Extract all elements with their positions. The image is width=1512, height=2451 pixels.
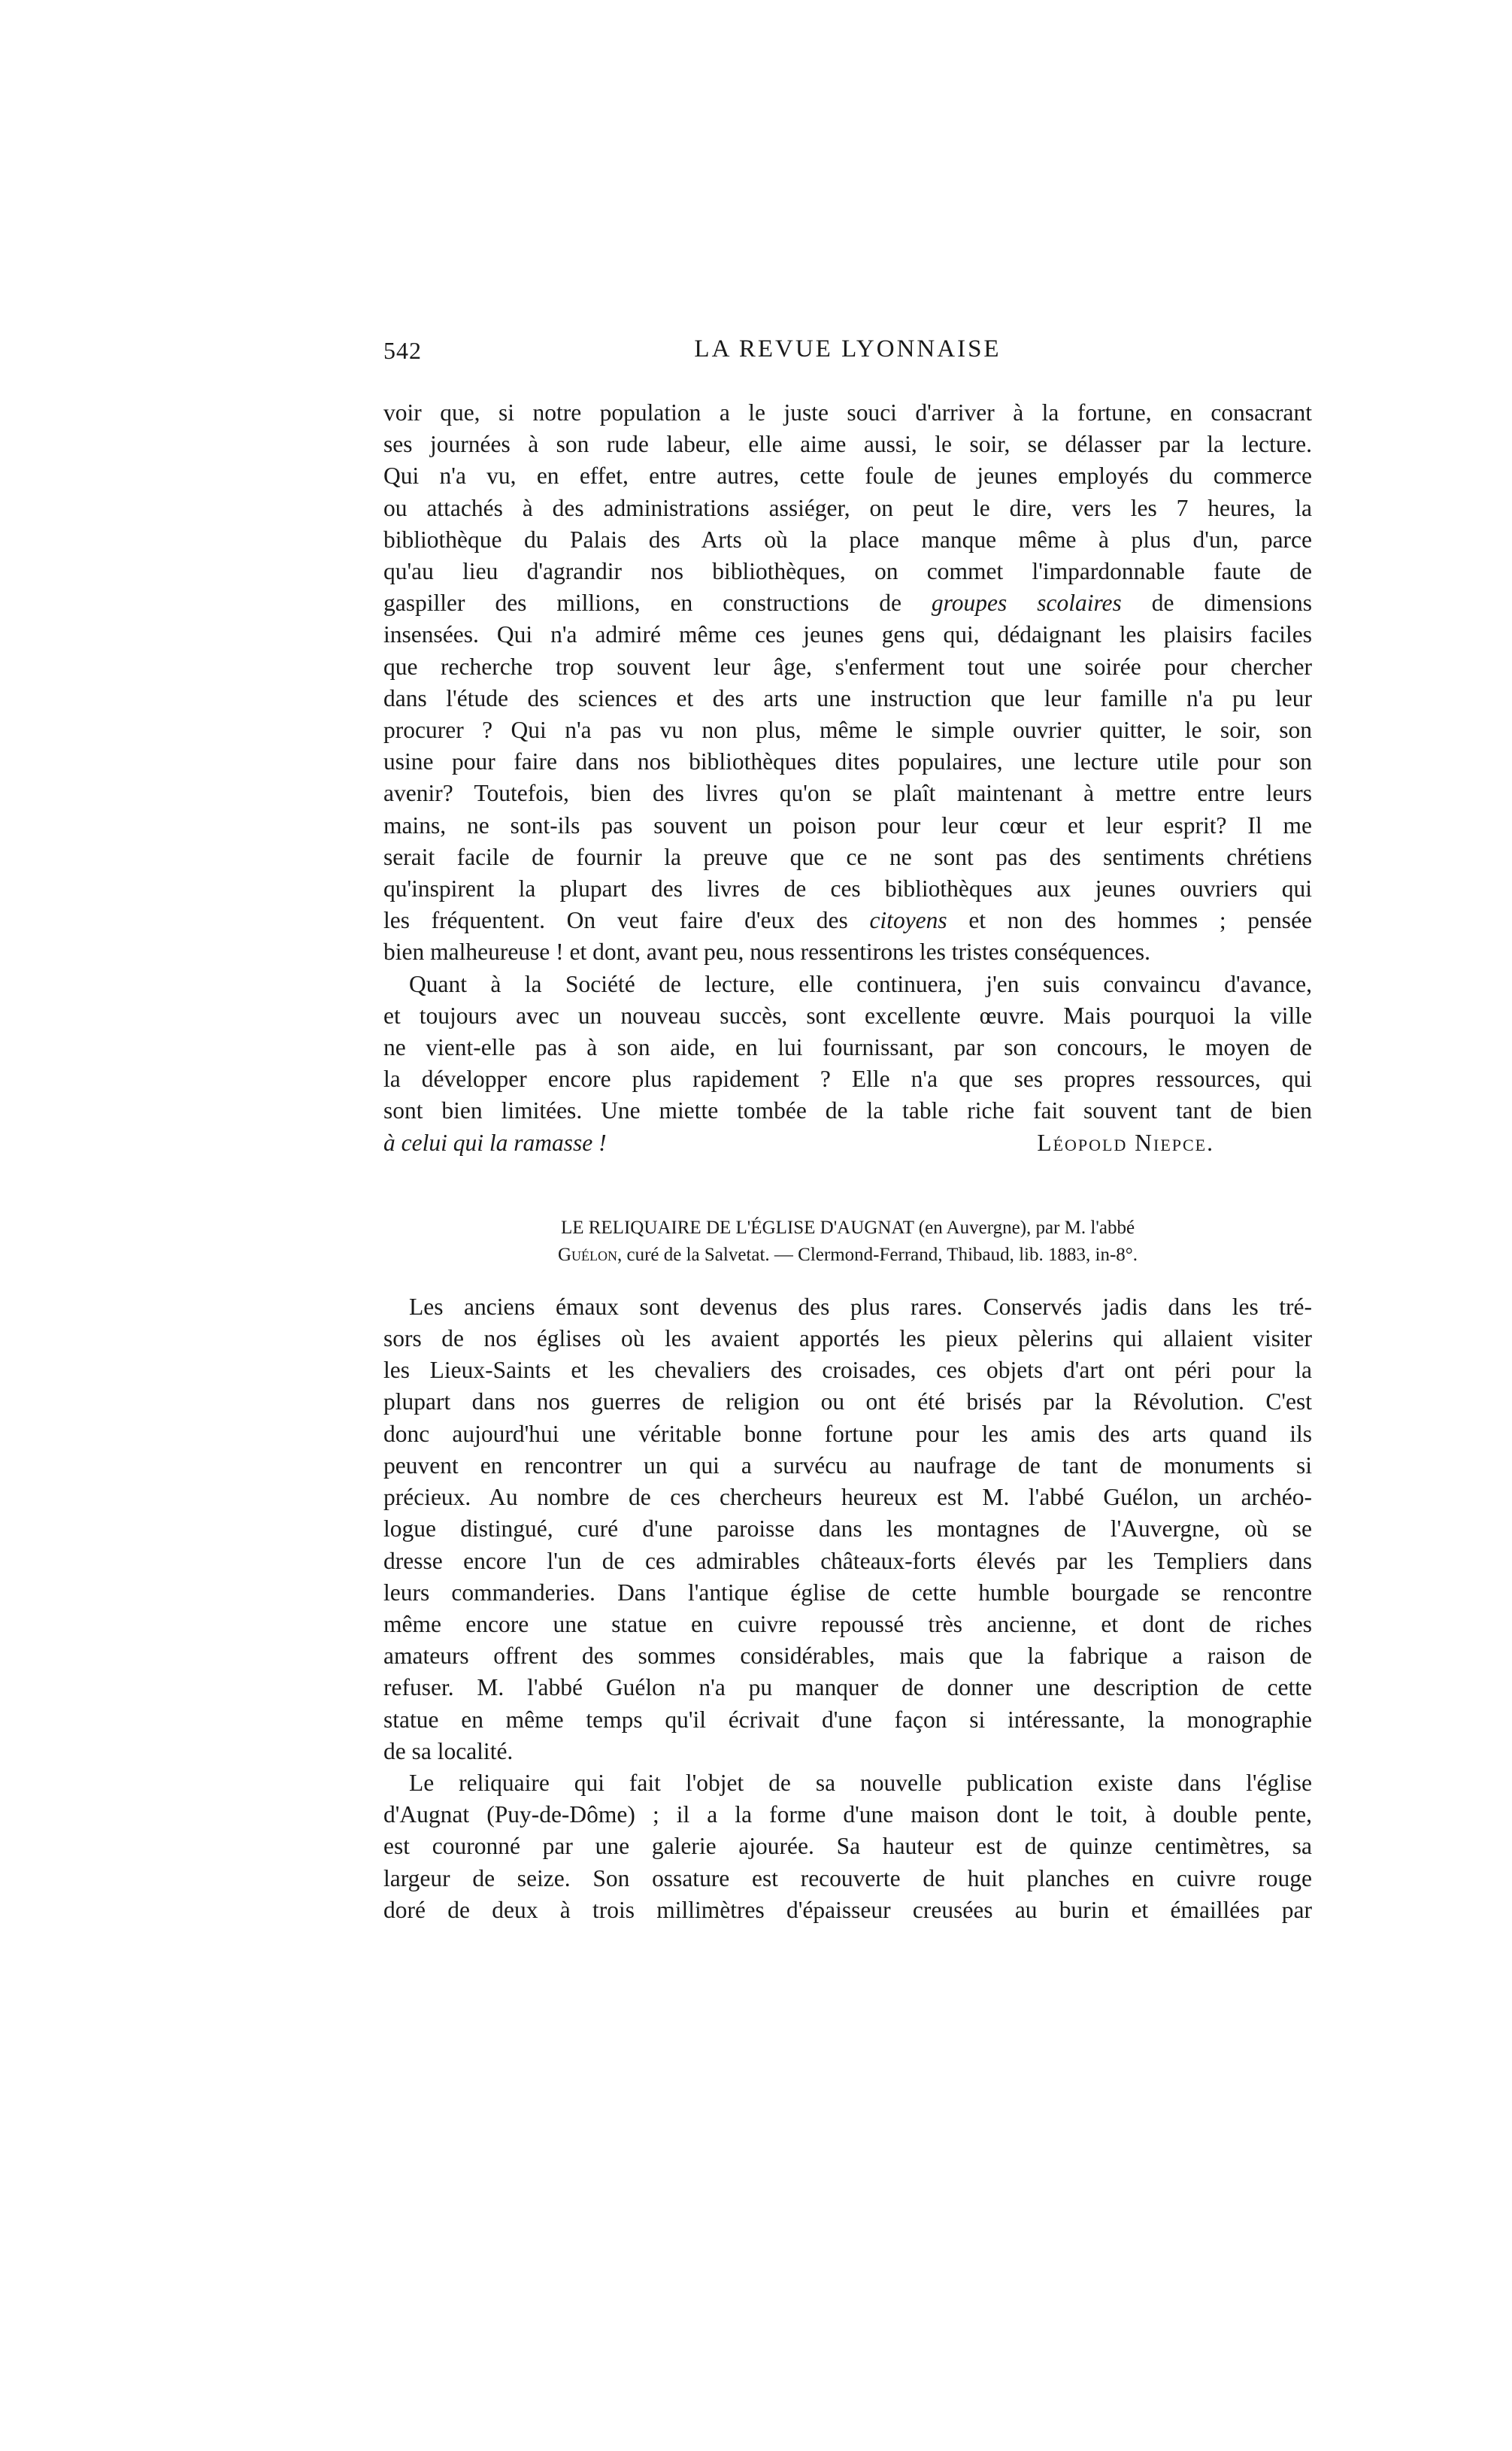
text-line: les Lieux-Saints et les chevaliers des c…: [383, 1354, 1312, 1386]
text-line: voir que, si notre population a le juste…: [383, 397, 1312, 429]
text-line: largeur de seize. Son ossature est recou…: [383, 1863, 1312, 1894]
article-1-paragraph-2: Quant à la Société de lecture, elle cont…: [383, 969, 1312, 1159]
text-line: insensées. Qui n'a admiré même ces jeune…: [383, 619, 1312, 651]
text-line: que recherche trop souvent leur âge, s'e…: [383, 651, 1312, 683]
text-line: donc aujourd'hui une véritable bonne for…: [383, 1418, 1312, 1450]
text-line: sont bien limitées. Une miette tombée de…: [383, 1095, 1312, 1127]
text-line: refuser. M. l'abbé Guélon n'a pu manquer…: [383, 1672, 1312, 1703]
text-line: procurer ? Qui n'a pas vu non plus, même…: [383, 714, 1312, 746]
author-name: Guélon: [558, 1245, 617, 1265]
text-line: avenir? Toutefois, bien des livres qu'on…: [383, 778, 1312, 809]
text-line: et toujours avec un nouveau succès, sont…: [383, 1000, 1312, 1032]
text-line: qu'au lieu d'agrandir nos bibliothèques,…: [383, 556, 1312, 587]
text-line: est couronné par une galerie ajourée. Sa…: [383, 1831, 1312, 1862]
text-line: bien malheureuse ! et dont, avant peu, n…: [383, 936, 1312, 968]
text-line: précieux. Au nombre de ces chercheurs he…: [383, 1482, 1312, 1513]
text-line: Les anciens émaux sont devenus des plus …: [383, 1291, 1312, 1323]
bibliography-heading: LE RELIQUAIRE DE L'ÉGLISE D'AUGNAT (en A…: [383, 1215, 1312, 1269]
text-line: dresse encore l'un de ces admirables châ…: [383, 1546, 1312, 1577]
text-line: qu'inspirent la plupart des livres de ce…: [383, 873, 1312, 905]
document-page: 542 LA REVUE LYONNAISE voir que, si notr…: [383, 331, 1312, 1926]
closing-phrase: à celui qui la ramasse !: [383, 1127, 607, 1159]
text-line: de sa localité.: [383, 1736, 1312, 1767]
text-line: bibliothèque du Palais des Arts où la pl…: [383, 524, 1312, 556]
text-line: les fréquentent. On veut faire d'eux des…: [383, 905, 1312, 936]
italic-phrase: citoyens: [869, 907, 947, 933]
text-line: la développer encore plus rapidement ? E…: [383, 1063, 1312, 1095]
book-title: LE RELIQUAIRE DE L'ÉGLISE D'AUGNAT: [561, 1218, 914, 1238]
article-2-paragraph-2: Le reliquaire qui fait l'objet de sa nou…: [383, 1767, 1312, 1926]
bibliography-line-2: Guélon, curé de la Salvetat. — Clermond-…: [383, 1242, 1312, 1269]
text-line: ses journées à son rude labeur, elle aim…: [383, 429, 1312, 460]
running-head: 542 LA REVUE LYONNAISE: [383, 331, 1312, 376]
text-line: serait facile de fournir la preuve que c…: [383, 842, 1312, 873]
text-line: d'Augnat (Puy-de-Dôme) ; il a la forme d…: [383, 1799, 1312, 1831]
text-line: dans l'étude des sciences et des arts un…: [383, 683, 1312, 714]
text-line: sors de nos églises où les avaient appor…: [383, 1323, 1312, 1354]
author-signature: Léopold Niepce.: [1037, 1127, 1214, 1159]
article-2-paragraph-1: Les anciens émaux sont devenus des plus …: [383, 1291, 1312, 1767]
text-line: plupart dans nos guerres de religion ou …: [383, 1386, 1312, 1418]
text-line: ou attachés à des administrations assiég…: [383, 493, 1312, 524]
text-line: amateurs offrent des sommes considérable…: [383, 1640, 1312, 1672]
article-1-body: voir que, si notre population a le juste…: [383, 397, 1312, 1159]
closing-line: à celui qui la ramasse ! Léopold Niepce.: [383, 1127, 1312, 1159]
text-line: peuvent en rencontrer un qui a survécu a…: [383, 1450, 1312, 1482]
text-fragment: et non des hommes ; pensée: [947, 907, 1312, 933]
text-fragment: gaspiller des millions, en constructions…: [383, 590, 932, 616]
text-line: gaspiller des millions, en constructions…: [383, 587, 1312, 619]
text-line: mains, ne sont-ils pas souvent un poison…: [383, 810, 1312, 842]
text-line: Qui n'a vu, en effet, entre autres, cett…: [383, 460, 1312, 492]
text-line: logue distingué, curé d'une paroisse dan…: [383, 1513, 1312, 1545]
text-line: ne vient-elle pas à son aide, en lui fou…: [383, 1032, 1312, 1063]
text-line: Le reliquaire qui fait l'objet de sa nou…: [383, 1767, 1312, 1799]
italic-phrase: groupes scolaires: [932, 590, 1122, 616]
text-line: Quant à la Société de lecture, elle cont…: [383, 969, 1312, 1000]
text-line: statue en même temps qu'il écrivait d'un…: [383, 1704, 1312, 1736]
text-fragment: de dimensions: [1122, 590, 1312, 616]
text-fragment: les fréquentent. On veut faire d'eux des: [383, 907, 869, 933]
publication-details: , curé de la Salvetat. — Clermond-Ferran…: [617, 1245, 1138, 1265]
article-2-body: Les anciens émaux sont devenus des plus …: [383, 1291, 1312, 1926]
journal-title: LA REVUE LYONNAISE: [383, 335, 1312, 363]
text-line: usine pour faire dans nos bibliothèques …: [383, 746, 1312, 778]
text-line: même encore une statue en cuivre repouss…: [383, 1609, 1312, 1640]
text-line: doré de deux à trois millimètres d'épais…: [383, 1894, 1312, 1926]
book-subtitle: (en Auvergne), par M. l'abbé: [914, 1218, 1135, 1238]
bibliography-line-1: LE RELIQUAIRE DE L'ÉGLISE D'AUGNAT (en A…: [383, 1215, 1312, 1242]
text-line: leurs commanderies. Dans l'antique églis…: [383, 1577, 1312, 1609]
article-1-paragraph-1: voir que, si notre population a le juste…: [383, 397, 1312, 969]
